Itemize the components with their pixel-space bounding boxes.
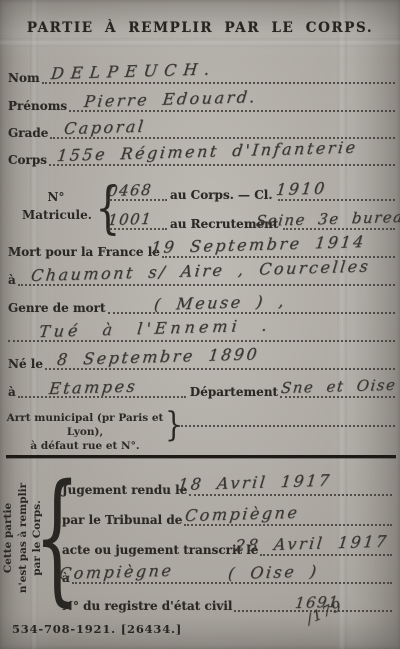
transcrit-label: acte ou jugement transcrit le [62,543,258,558]
corps-label: Corps [8,153,47,168]
death-record-card: PARTIE À REMPLIR PAR LE CORPS. Nom DELPE… [0,0,400,649]
grade-label: Grade [8,126,48,141]
mort-lieu-label: à [8,273,16,288]
field-row-matricule-recrutement: au Recrutement 1001 Seine 3e bureau [105,206,395,232]
matricule-corps-value: 0468 [107,181,153,200]
transcrit-departement-value: ( Oise ) [227,561,320,583]
naissance-lieu-value: Etampes [48,376,138,398]
field-row-genre-mort-value: Tué à l'Ennemi . [8,318,395,344]
nom-label: Nom [8,71,40,86]
field-row-matricule-corps: au Corps. — Cl. 0468 1910 [105,177,395,203]
naissance-lieu-label: à [8,385,16,400]
field-row-naissance: Né le 8 Septembre 1890 [8,346,395,372]
form-title: PARTIE À REMPLIR PAR LE CORPS. [0,20,400,36]
matricule-recrutement-value: 1001 [107,210,153,229]
mort-label: Mort pour la France le [8,245,160,260]
field-row-genre-mort: Genre de mort ( Meuse ) , [8,290,395,316]
matricule-label: N° Matricule. [22,188,90,224]
field-row-naissance-lieu: à Département Etampes Sne et Oise [8,374,395,400]
field-row-mort-lieu: à Chaumont s/ Aire , Courcelles [8,262,395,288]
au-corps-label: au Corps. — Cl. [170,188,273,203]
arr-municipal-label: Arrt municipal (pr Paris et Lyon), à déf… [6,411,164,454]
genre-mort-label: Genre de mort [8,301,106,316]
field-row-tribunal: par le Tribunal de Compiègne [62,502,392,528]
departement-label: Département [190,385,278,400]
print-reference: 534-708-1921. [26434.] [12,622,182,636]
dotted-leader [178,415,395,427]
field-row-prenoms: Prénoms Pierre Edouard. [8,88,395,114]
naissance-departement-value: Sne et Oise [280,376,397,397]
field-row-mort-date: Mort pour la France le 19 Septembre 1914 [8,234,395,260]
registre-label: N° du registre d'état civil [62,599,232,614]
tribunal-label: par le Tribunal de [62,513,182,528]
tribunal-value: Compiègne [184,503,300,525]
field-row-grade: Grade Caporal [8,115,395,141]
classe-value: 1910 [275,179,328,199]
transcrit-lieu-value: Compiègne [58,561,174,583]
field-row-nom: Nom DELPEUCH. [8,60,395,86]
grade-value: Caporal [63,117,147,138]
field-row-transcrit: acte ou jugement transcrit le 28 Avril 1… [62,532,392,558]
field-row-corps: Corps 155e Régiment d'Infanterie [8,142,395,168]
paper-crease [0,38,400,47]
field-row-registre: N° du registre d'état civil 1691 /179 [62,588,392,614]
field-row-arr-municipal [178,403,395,429]
mort-departement-value: ( Meuse ) , [153,291,287,314]
prenoms-label: Prénoms [8,99,67,114]
field-row-jugement: Jugement rendu le 18 Avril 1917 [62,472,392,498]
field-row-transcrit-lieu: à Compiègne ( Oise ) [62,560,392,586]
jugement-label: Jugement rendu le [62,483,187,498]
ne-le-label: Né le [8,357,43,372]
